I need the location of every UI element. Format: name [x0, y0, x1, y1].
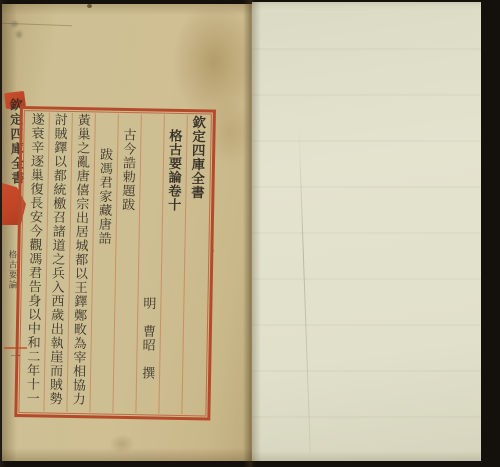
right-page: [252, 2, 481, 461]
ink-smudge: [11, 21, 18, 27]
text-columns: 欽定四庫全書 格古要論卷十 明 曹昭 撰 古今誥勅題跋 跋馮君家藏唐誥 黃巢之亂…: [20, 112, 209, 414]
ink-smudge: [16, 31, 22, 38]
text-frame: 欽定四庫全書 格古要論卷十 明 曹昭 撰 古今誥勅題跋 跋馮君家藏唐誥 黃巢之亂…: [14, 106, 216, 421]
left-page: 欽定四庫全書 格古要論 一 欽定四庫全書 格古要論卷十 明 曹昭 撰 古今誥勅題…: [2, 4, 252, 461]
book-scan: 欽定四庫全書 格古要論 一 欽定四庫全書 格古要論卷十 明 曹昭 撰 古今誥勅題…: [0, 0, 500, 467]
paper-speck: [87, 4, 92, 8]
text-frame-inner-rule: 欽定四庫全書 格古要論卷十 明 曹昭 撰 古今誥勅題跋 跋馮君家藏唐誥 黃巢之亂…: [18, 110, 212, 416]
paper-crease: [298, 122, 311, 452]
